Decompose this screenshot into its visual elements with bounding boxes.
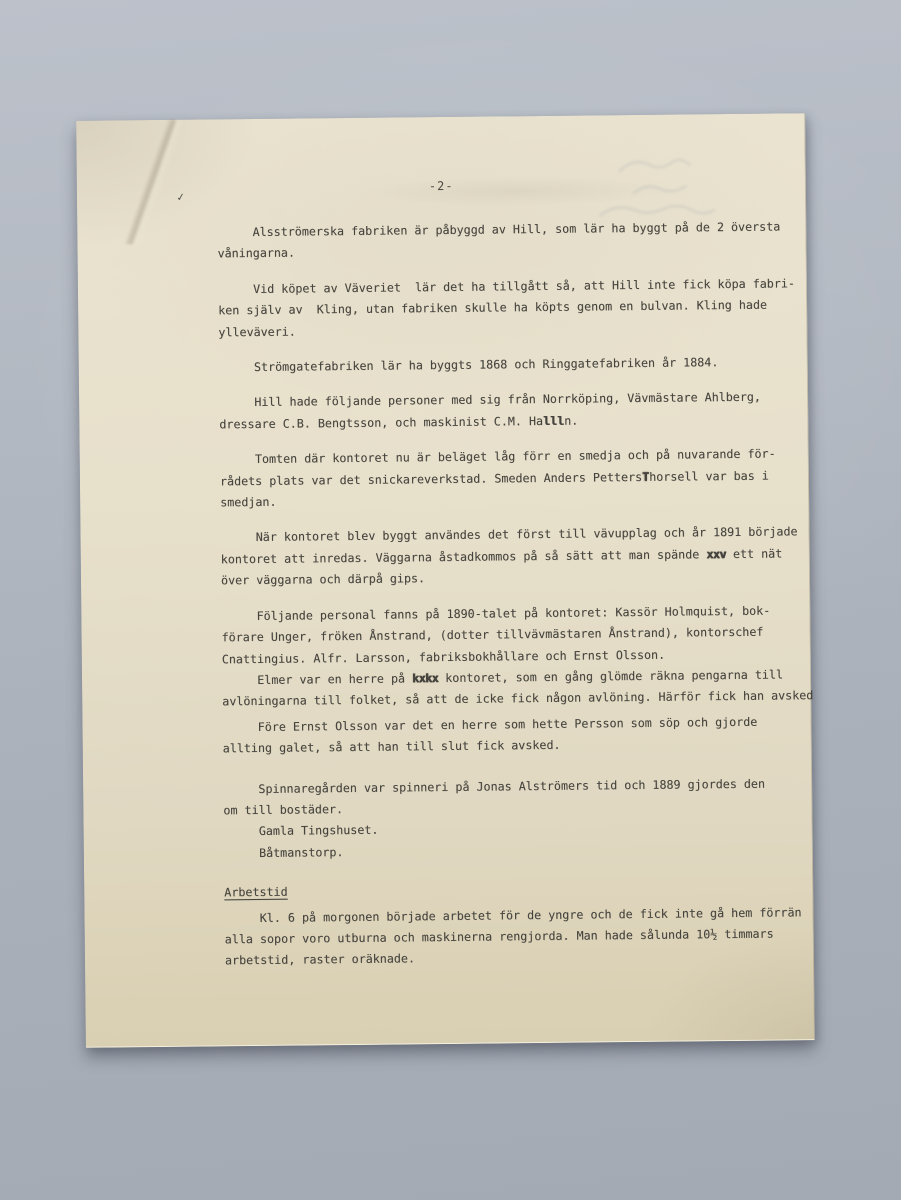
- page-number: -2-: [429, 179, 454, 193]
- text-line: Arbetstid: [224, 876, 836, 904]
- paragraph: Strömgatefabriken lär ha byggts 1868 och…: [219, 351, 831, 379]
- paragraph: Följande personal fanns på 1890-talet på…: [221, 600, 834, 671]
- paragraph: Kl. 6 på morgonen började arbetet för de…: [224, 901, 837, 972]
- paper-crease: [123, 116, 181, 248]
- photo-of-document: { "scene": { "background_color": "#aeb4b…: [0, 0, 901, 1200]
- paper-sheet: -2- ✓ Alsströmerska fabriken är påbyggd …: [76, 113, 815, 1048]
- paragraph: Elmer var en herre på kxkx kontoret, som…: [222, 664, 834, 713]
- paragraph: Tomten där kontoret nu är beläget låg fö…: [220, 443, 833, 514]
- paragraph: Vid köpet av Väveriet lär det ha tillgåt…: [218, 273, 831, 344]
- section-heading: Arbetstid: [224, 876, 836, 904]
- paragraph: Spinnaregården var spinneri på Jonas Als…: [223, 772, 836, 864]
- paragraph: Alsströmerska fabriken är påbyggd av Hil…: [217, 216, 829, 265]
- checkmark-icon: ✓: [176, 189, 185, 204]
- text-line: Strömgatefabriken lär ha byggts 1868 och…: [219, 351, 831, 379]
- paper-smudge: [307, 169, 727, 213]
- paragraph: Före Ernst Olsson var det en herre som h…: [222, 711, 834, 760]
- paragraph: När kontoret blev byggt användes det för…: [220, 521, 833, 592]
- paragraph: Hill hade följande personer med sig från…: [219, 386, 831, 435]
- document-body: Alsströmerska fabriken är påbyggd av Hil…: [217, 216, 837, 972]
